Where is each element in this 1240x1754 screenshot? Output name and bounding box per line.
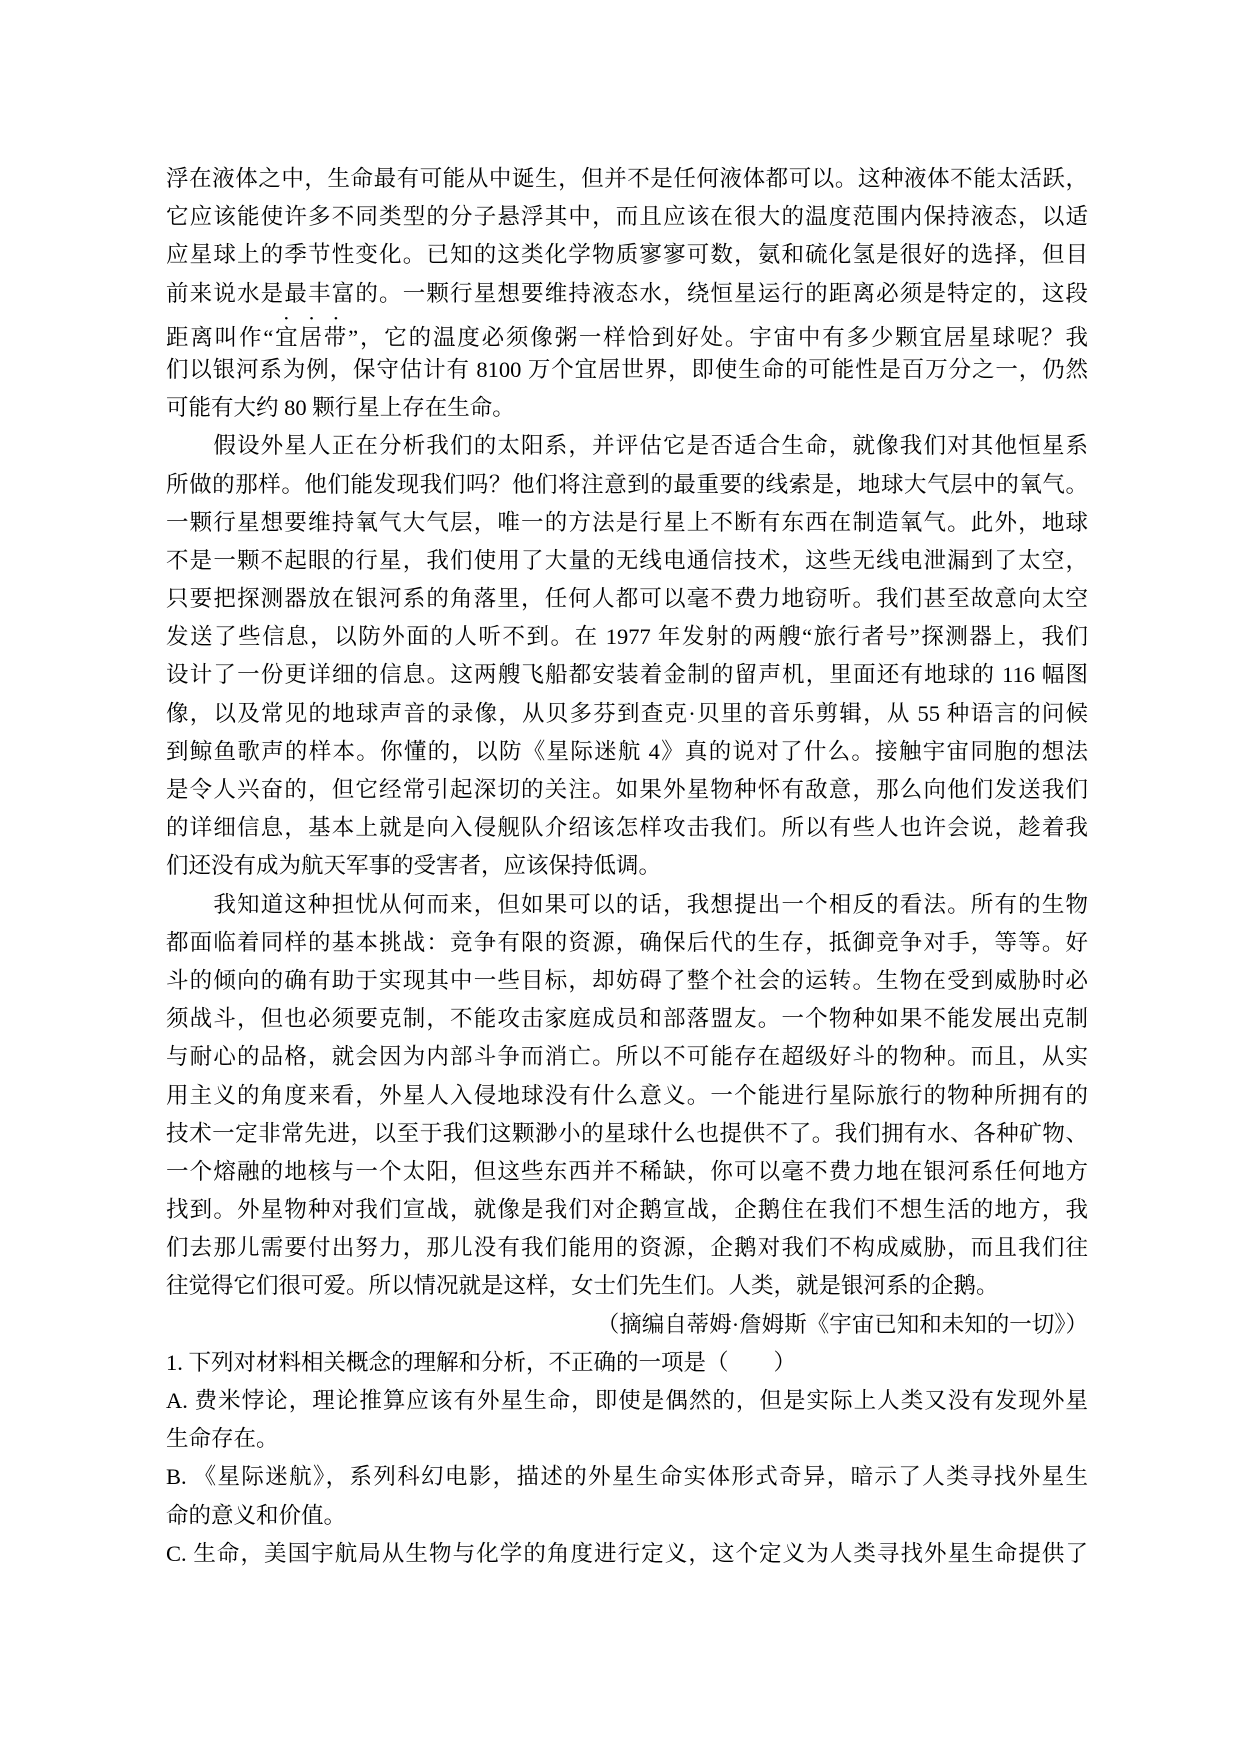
paragraph-1-line-7: 可能有大约 80 颗行星上存在生命。 (166, 389, 1088, 427)
paragraph-3-line-4: 须战斗，但也必须要克制，不能攻击家庭成员和部落盟友。一个物种如果不能发展出克制 (166, 1000, 1088, 1038)
paragraph-1-line-3: 应星球上的季节性变化。已知的这类化学物质寥寥可数，氨和硫化氢是很好的选择，但目 (166, 236, 1088, 274)
paragraph-2-line-7: 设计了一份更详细的信息。这两艘飞船都安装着金制的留声机，里面还有地球的 116 … (166, 656, 1088, 694)
exam-document-page: 浮在液体之中，生命最有可能从中诞生，但并不是任何液体都可以。这种液体不能太活跃，… (0, 0, 1240, 1754)
paragraph-2-line-8: 像，以及常见的地球声音的录像，从贝多芬到查克·贝里的音乐剪辑，从 55 种语言的… (166, 695, 1088, 733)
emphasized-term: 宜居带 (273, 325, 348, 350)
paragraph-2-line-5: 只要把探测器放在银河系的角落里，任何人都可以毫不费力地窃听。我们甚至故意向太空 (166, 580, 1088, 618)
paragraph-3-line-9: 找到。外星物种对我们宣战，就像是我们对企鹅宣战，企鹅住在我们不想生活的地方，我 (166, 1191, 1088, 1229)
paragraph-2-line-12: 们还没有成为航天军事的受害者，应该保持低调。 (166, 847, 1088, 885)
paragraph-3-line-3: 斗的倾向的确有助于实现其中一些目标，却妨碍了整个社会的运转。生物在受到威胁时必 (166, 962, 1088, 1000)
paragraph-3-line-5: 与耐心的品格，就会因为内部斗争而消亡。所以不可能存在超级好斗的物种。而且，从实 (166, 1038, 1088, 1076)
paragraph-2-line-1: 假设外星人正在分析我们的太阳系，并评估它是否适合生命，就像我们对其他恒星系 (166, 427, 1088, 465)
question-1-stem-line-1: 1. 下列对材料相关概念的理解和分析，不正确的一项是（ ） (166, 1344, 1088, 1382)
question-1-option-c-line-1: C. 生命，美国宇航局从生物与化学的角度进行定义，这个定义为人类寻找外星生命提供… (166, 1535, 1088, 1573)
paragraph-2-line-2: 所做的那样。他们能发现我们吗？他们将注意到的最重要的线索是，地球大气层中的氧气。 (166, 466, 1088, 504)
question-1-option-b-line-1: B. 《星际迷航》，系列科幻电影，描述的外星生命实体形式奇异，暗示了人类寻找外星… (166, 1458, 1088, 1496)
paragraph-1-line-1: 浮在液体之中，生命最有可能从中诞生，但并不是任何液体都可以。这种液体不能太活跃， (166, 160, 1088, 198)
paragraph-1-line-4: 前来说水是最丰富的。一颗行星想要维持液态水，绕恒星运行的距离必须是特定的，这段 (166, 275, 1088, 313)
paragraph-3-line-10: 们去那儿需要付出努力，那儿没有我们能用的资源，企鹅对我们不构成威胁，而且我们往 (166, 1229, 1088, 1267)
paragraph-2-line-6: 发送了些信息，以防外面的人听不到。在 1977 年发射的两艘“旅行者号”探测器上… (166, 618, 1088, 656)
paragraph-3-line-8: 一个熔融的地核与一个太阳，但这些东西并不稀缺，你可以毫不费力地在银河系任何地方 (166, 1153, 1088, 1191)
question-1-option-b-line-2: 命的意义和价值。 (166, 1497, 1088, 1535)
paragraph-2: 假设外星人正在分析我们的太阳系，并评估它是否适合生命，就像我们对其他恒星系所做的… (166, 427, 1088, 885)
paragraph-3-line-2: 都面临着同样的基本挑战：竞争有限的资源，确保后代的生存，抵御竞争对手，等等。好 (166, 924, 1088, 962)
paragraph-1-line-5: 距离叫作“宜居带”，它的温度必须像粥一样恰到好处。宇宙中有多少颗宜居星球呢？我 (166, 313, 1088, 351)
paragraph-3-line-1: 我知道这种担忧从何而来，但如果可以的话，我想提出一个相反的看法。所有的生物 (166, 886, 1088, 924)
source-attribution: （摘编自蒂姆·詹姆斯《宇宙已知和未知的一切》） (166, 1306, 1088, 1344)
paragraph-3-line-11: 往觉得它们很可爱。所以情况就是这样，女士们先生们。人类，就是银河系的企鹅。 (166, 1267, 1088, 1305)
question-1-option-a-line-1: A. 费米悖论，理论推算应该有外星生命，即使是偶然的，但是实际上人类又没有发现外… (166, 1382, 1088, 1420)
paragraph-3-line-6: 用主义的角度来看，外星人入侵地球没有什么意义。一个能进行星际旅行的物种所拥有的 (166, 1077, 1088, 1115)
question-1-stem: 1. 下列对材料相关概念的理解和分析，不正确的一项是（ ） (166, 1344, 1088, 1382)
paragraph-3: 我知道这种担忧从何而来，但如果可以的话，我想提出一个相反的看法。所有的生物都面临… (166, 886, 1088, 1306)
paragraph-1: 浮在液体之中，生命最有可能从中诞生，但并不是任何液体都可以。这种液体不能太活跃，… (166, 160, 1088, 427)
paragraph-2-line-3: 一颗行星想要维持氧气大气层，唯一的方法是行星上不断有东西在制造氧气。此外，地球 (166, 504, 1088, 542)
paragraph-2-line-4: 不是一颗不起眼的行星，我们使用了大量的无线电通信技术，这些无线电泄漏到了太空， (166, 542, 1088, 580)
source-attribution-line-1: （摘编自蒂姆·詹姆斯《宇宙已知和未知的一切》） (166, 1306, 1088, 1344)
paragraph-1-line-6: 们以银河系为例，保守估计有 8100 万个宜居世界，即使生命的可能性是百万分之一… (166, 351, 1088, 389)
question-1-option-a: A. 费米悖论，理论推算应该有外星生命，即使是偶然的，但是实际上人类又没有发现外… (166, 1382, 1088, 1458)
paragraph-1-line-2: 它应该能使许多不同类型的分子悬浮其中，而且应该在很大的温度范围内保持液态，以适 (166, 198, 1088, 236)
paragraph-2-line-11: 的详细信息，基本上就是向入侵舰队介绍该怎样攻击我们。所以有些人也许会说，趁着我 (166, 809, 1088, 847)
paragraph-2-line-10: 是令人兴奋的，但它经常引起深切的关注。如果外星物种怀有敌意，那么向他们发送我们 (166, 771, 1088, 809)
paragraph-2-line-9: 到鲸鱼歌声的样本。你懂的，以防《星际迷航 4》真的说对了什么。接触宇宙同胞的想法 (166, 733, 1088, 771)
paragraph-3-line-7: 技术一定非常先进，以至于我们这颗渺小的星球什么也提供不了。我们拥有水、各种矿物、 (166, 1115, 1088, 1153)
question-1-option-c: C. 生命，美国宇航局从生物与化学的角度进行定义，这个定义为人类寻找外星生命提供… (166, 1535, 1088, 1573)
question-1-option-a-line-2: 生命存在。 (166, 1420, 1088, 1458)
question-1-option-b: B. 《星际迷航》，系列科幻电影，描述的外星生命实体形式奇异，暗示了人类寻找外星… (166, 1458, 1088, 1534)
document-content: 浮在液体之中，生命最有可能从中诞生，但并不是任何液体都可以。这种液体不能太活跃，… (166, 160, 1088, 1573)
